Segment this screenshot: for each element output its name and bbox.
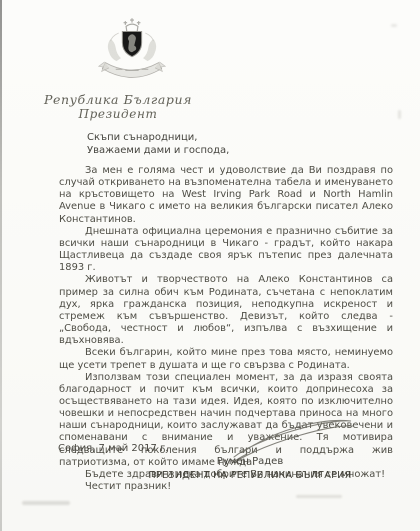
dateline: София, 7 май 2017 г.	[58, 443, 168, 454]
paragraph-2: Днешната официална церемония е празнично…	[59, 226, 393, 275]
closing-line-2: Честит празник!	[59, 481, 393, 493]
signatory-title: ПРЕЗИДЕНТ НА РЕПУБЛИКА БЪЛГАРИЯ	[105, 470, 395, 481]
bulgaria-coat-of-arms-icon	[95, 16, 169, 90]
scanned-letter-page: Република България Президент Скъпи сънар…	[0, 0, 420, 531]
scan-edge-artifact	[0, 0, 2, 531]
letterhead-country: Република България	[18, 92, 218, 107]
letterhead: Република България Президент	[32, 16, 232, 121]
paragraph-3: Животът и творчеството на Алеко Констант…	[59, 274, 393, 347]
greeting: Скъпи сънародници, Уважаеми дами и госпо…	[87, 132, 229, 157]
scan-smudge	[22, 501, 70, 505]
greeting-line-1: Скъпи сънародници,	[87, 132, 229, 145]
paragraph-4: Всеки българин, който мине през това мяс…	[59, 347, 393, 371]
scan-smudge	[296, 495, 342, 498]
paragraph-1: За мен е голяма чест и удоволствие да Ви…	[59, 165, 393, 226]
scan-smudge	[398, 110, 401, 119]
signatory-name: Румен Радев	[160, 456, 340, 467]
scan-smudge	[391, 24, 397, 27]
greeting-line-2: Уважаеми дами и господа,	[87, 145, 229, 158]
letterhead-office: Президент	[18, 107, 218, 121]
